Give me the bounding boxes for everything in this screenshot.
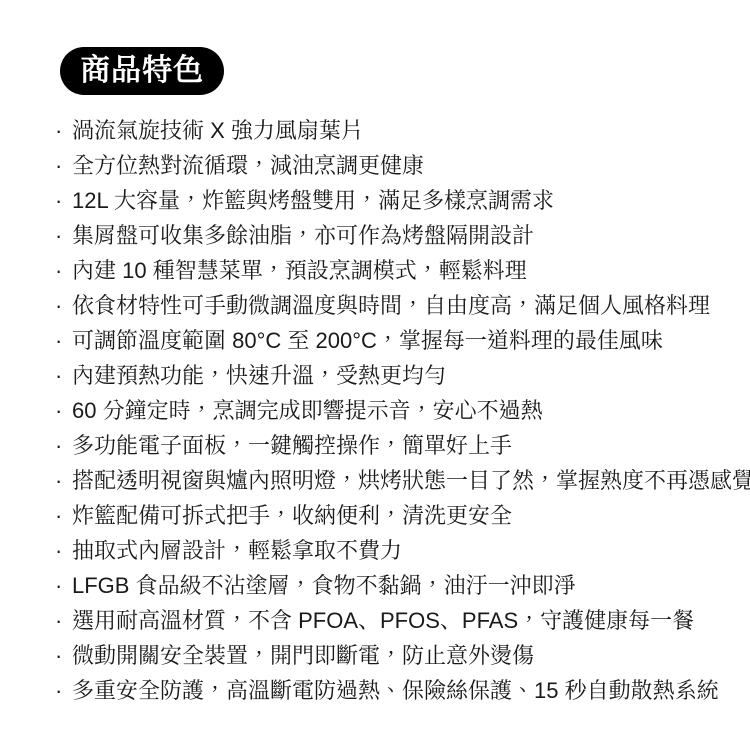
feature-text: 搭配透明視窗與爐內照明燈，烘烤狀態一目了然，掌握熟度不再憑感覺 <box>72 463 750 498</box>
feature-item: ·內建 10 種智慧菜單，預設烹調模式，輕鬆料理 <box>55 253 750 288</box>
feature-text: 抽取式內層設計，輕鬆拿取不費力 <box>72 533 402 568</box>
feature-text: 12L 大容量，炸籃與烤盤雙用，滿足多樣烹調需求 <box>72 183 554 218</box>
bullet-dot: · <box>55 533 72 568</box>
bullet-dot: · <box>55 463 72 498</box>
feature-text: 60 分鐘定時，烹調完成即響提示音，安心不過熱 <box>72 393 543 428</box>
bullet-dot: · <box>55 253 72 288</box>
bullet-dot: · <box>55 673 72 708</box>
feature-text: 炸籃配備可拆式把手，收納便利，清洗更安全 <box>72 498 512 533</box>
feature-item: ·多重安全防護，高溫斷電防過熱、保險絲保護、15 秒自動散熱系統 <box>55 673 750 708</box>
feature-text: 可調節溫度範圍 80°C 至 200°C，掌握每一道料理的最佳風味 <box>72 323 663 358</box>
feature-list: ·渦流氣旋技術 X 強力風扇葉片 ·全方位熱對流循環，減油烹調更健康 ·12L … <box>55 113 750 708</box>
feature-text: 依食材特性可手動微調溫度與時間，自由度高，滿足個人風格料理 <box>72 288 710 323</box>
feature-item: ·60 分鐘定時，烹調完成即響提示音，安心不過熱 <box>55 393 750 428</box>
feature-text: 全方位熱對流循環，減油烹調更健康 <box>72 148 424 183</box>
feature-item: ·LFGB 食品級不沾塗層，食物不黏鍋，油汙一沖即淨 <box>55 568 750 603</box>
feature-text: 內建預熱功能，快速升溫，受熱更均勻 <box>72 358 446 393</box>
bullet-dot: · <box>55 183 72 218</box>
bullet-dot: · <box>55 568 72 603</box>
feature-text: 集屑盤可收集多餘油脂，亦可作為烤盤隔開設計 <box>72 218 534 253</box>
feature-item: ·選用耐高溫材質，不含 PFOA、PFOS、PFAS，守護健康每一餐 <box>55 603 750 638</box>
feature-text: 多功能電子面板，一鍵觸控操作，簡單好上手 <box>72 428 512 463</box>
feature-item: ·渦流氣旋技術 X 強力風扇葉片 <box>55 113 750 148</box>
bullet-dot: · <box>55 358 72 393</box>
feature-item: ·依食材特性可手動微調溫度與時間，自由度高，滿足個人風格料理 <box>55 288 750 323</box>
feature-text: 微動開關安全裝置，開門即斷電，防止意外燙傷 <box>72 638 534 673</box>
bullet-dot: · <box>55 113 72 148</box>
bullet-dot: · <box>55 428 72 463</box>
bullet-dot: · <box>55 498 72 533</box>
bullet-dot: · <box>55 218 72 253</box>
feature-item: ·搭配透明視窗與爐內照明燈，烘烤狀態一目了然，掌握熟度不再憑感覺 <box>55 463 750 498</box>
feature-item: ·炸籃配備可拆式把手，收納便利，清洗更安全 <box>55 498 750 533</box>
bullet-dot: · <box>55 148 72 183</box>
feature-text: 選用耐高溫材質，不含 PFOA、PFOS、PFAS，守護健康每一餐 <box>72 603 694 638</box>
bullet-dot: · <box>55 393 72 428</box>
feature-item: ·微動開關安全裝置，開門即斷電，防止意外燙傷 <box>55 638 750 673</box>
bullet-dot: · <box>55 323 72 358</box>
bullet-dot: · <box>55 288 72 323</box>
feature-text: 渦流氣旋技術 X 強力風扇葉片 <box>72 113 363 148</box>
feature-item: ·內建預熱功能，快速升溫，受熱更均勻 <box>55 358 750 393</box>
feature-item: ·12L 大容量，炸籃與烤盤雙用，滿足多樣烹調需求 <box>55 183 750 218</box>
feature-item: ·集屑盤可收集多餘油脂，亦可作為烤盤隔開設計 <box>55 218 750 253</box>
feature-text: 多重安全防護，高溫斷電防過熱、保險絲保護、15 秒自動散熱系統 <box>72 673 719 708</box>
feature-item: ·可調節溫度範圍 80°C 至 200°C，掌握每一道料理的最佳風味 <box>55 323 750 358</box>
product-features-section: 商品特色 ·渦流氣旋技術 X 強力風扇葉片 ·全方位熱對流循環，減油烹調更健康 … <box>0 0 750 750</box>
feature-text: LFGB 食品級不沾塗層，食物不黏鍋，油汙一沖即淨 <box>72 568 576 603</box>
bullet-dot: · <box>55 603 72 638</box>
section-title-badge: 商品特色 <box>60 47 224 95</box>
feature-item: ·抽取式內層設計，輕鬆拿取不費力 <box>55 533 750 568</box>
feature-item: ·多功能電子面板，一鍵觸控操作，簡單好上手 <box>55 428 750 463</box>
feature-item: ·全方位熱對流循環，減油烹調更健康 <box>55 148 750 183</box>
bullet-dot: · <box>55 638 72 673</box>
feature-text: 內建 10 種智慧菜單，預設烹調模式，輕鬆料理 <box>72 253 527 288</box>
